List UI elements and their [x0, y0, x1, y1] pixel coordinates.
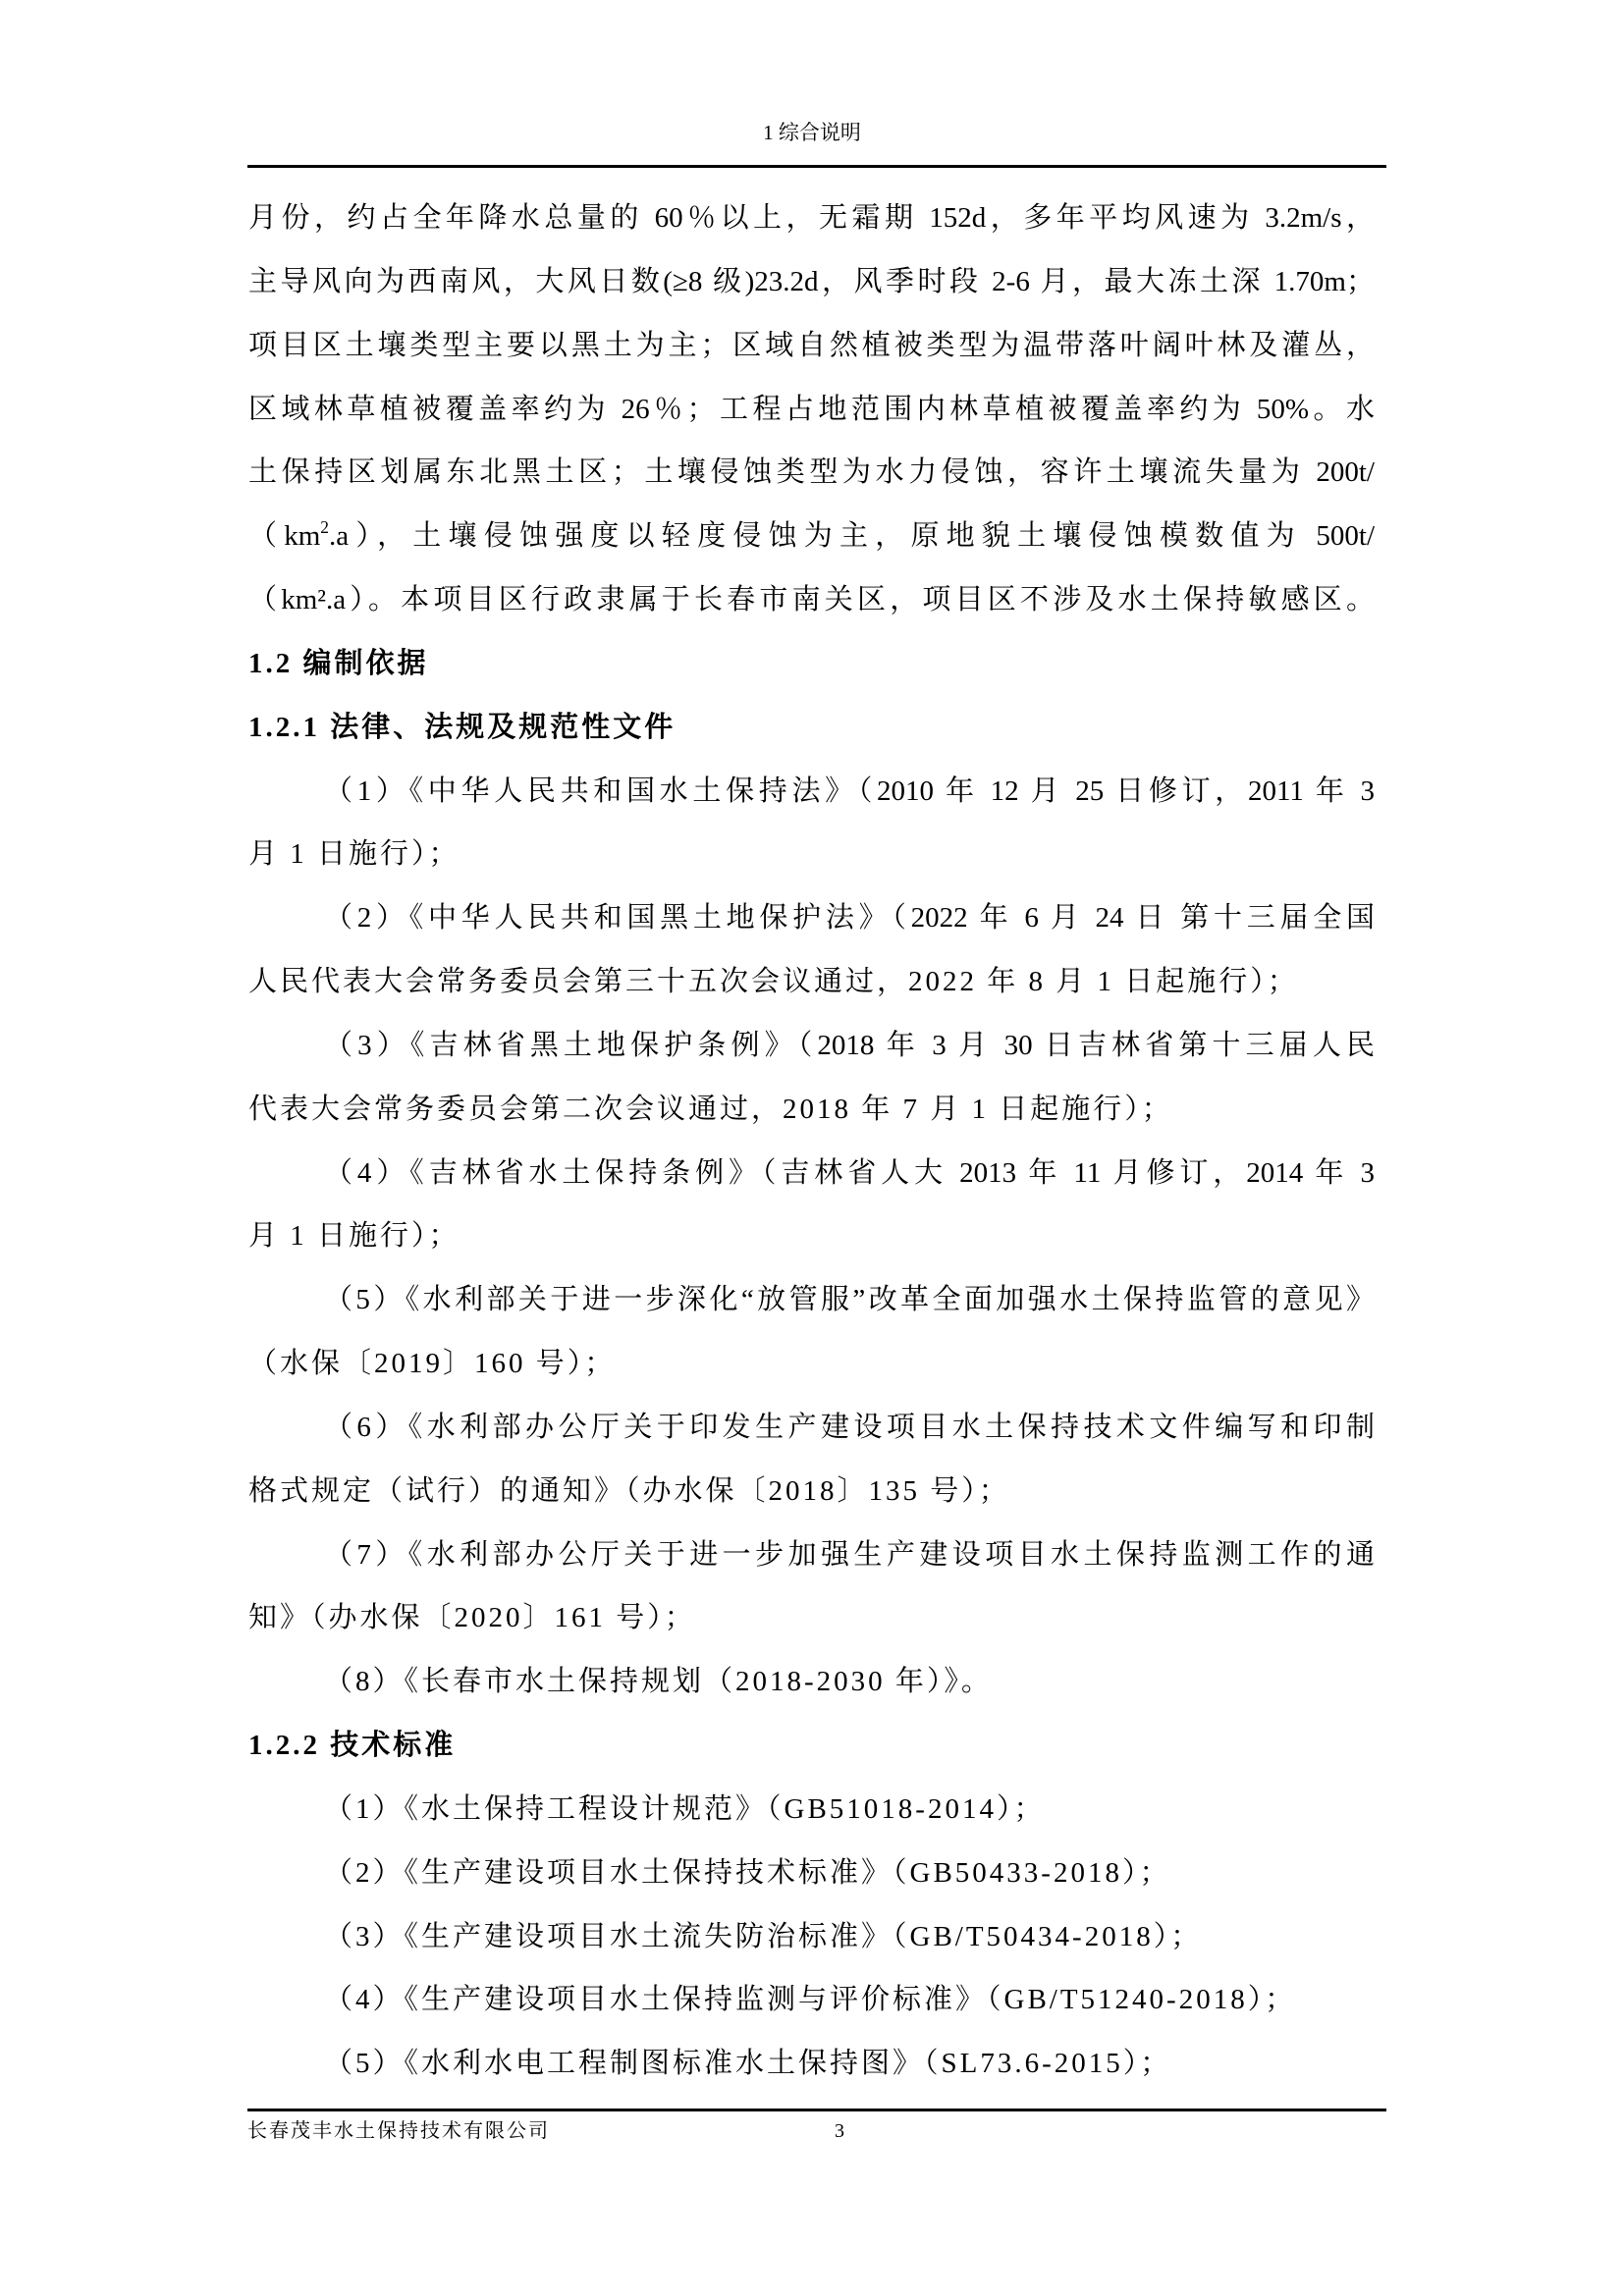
header-rule: [247, 165, 1386, 168]
law-item-7-line-1: （7）《水利部办公厅关于进一步加强生产建设项目水土保持监测工作的通: [248, 1535, 1375, 1575]
running-header-chapter-title: 1 综合说明: [0, 119, 1624, 146]
law-item-8: （8）《长春市水土保持规划（2018-2030 年）》。: [248, 1662, 1375, 1701]
paragraph-line: 区域林草植被覆盖率约为 26％；工程占地范围内林草植被覆盖率约为 50%。水: [248, 390, 1375, 429]
law-item-7-line-2: 知》（办水保〔2020〕161 号）；: [248, 1598, 1375, 1637]
standard-item-1: （1）《水土保持工程设计规范》（GB51018-2014）；: [248, 1789, 1375, 1829]
paragraph-line: 土保持区划属东北黑土区；土壤侵蚀类型为水力侵蚀，容许土壤流失量为 200t/: [248, 453, 1375, 492]
paragraph-line: （km².a）。本项目区行政隶属于长春市南关区，项目区不涉及水土保持敏感区。: [248, 580, 1375, 619]
law-item-2-line-1: （2）《中华人民共和国黑土地保护法》（2022 年 6 月 24 日 第十三届全…: [248, 898, 1375, 937]
law-item-3-line-2: 代表大会常务委员会第二次会议通过，2018 年 7 月 1 日起施行）；: [248, 1090, 1375, 1129]
paragraph-line: 月份，约占全年降水总量的 60％以上，无霜期 152d，多年平均风速为 3.2m…: [248, 198, 1375, 238]
footer-rule: [247, 2109, 1386, 2111]
unit-prefix: （km: [248, 520, 320, 552]
law-item-1-line-1: （1）《中华人民共和国水土保持法》（2010 年 12 月 25 日修订，201…: [248, 772, 1375, 811]
law-item-3-line-1: （3）《吉林省黑土地保护条例》（2018 年 3 月 30 日吉林省第十三届人民: [248, 1026, 1375, 1065]
law-item-4-line-2: 月 1 日施行）；: [248, 1216, 1375, 1255]
paragraph-line: 项目区土壤类型主要以黑土为主；区域自然植被类型为温带落叶阔叶林及灌丛，: [248, 326, 1375, 365]
section-heading-1-2: 1.2 编制依据: [248, 644, 1375, 683]
paragraph-line-with-superscript: （km2.a），土壤侵蚀强度以轻度侵蚀为主，原地貌土壤侵蚀模数值为 500t/: [248, 516, 1375, 556]
law-item-1-line-2: 月 1 日施行）；: [248, 834, 1375, 874]
section-heading-1-2-2: 1.2.2 技术标准: [248, 1726, 1375, 1765]
section-heading-1-2-1: 1.2.1 法律、法规及规范性文件: [248, 708, 1375, 747]
page-number: 3: [835, 2118, 844, 2144]
standard-item-2: （2）《生产建设项目水土保持技术标准》（GB50433-2018）；: [248, 1853, 1375, 1893]
law-item-6-line-2: 格式规定（试行）的通知》（办水保〔2018〕135 号）；: [248, 1471, 1375, 1511]
paragraph-line: 主导风向为西南风，大风日数(≥8 级)23.2d，风季时段 2-6 月，最大冻土…: [248, 262, 1375, 301]
unit-superscript: 2: [320, 517, 329, 537]
standard-item-5: （5）《水利水电工程制图标准水土保持图》（SL73.6-2015）；: [248, 2044, 1375, 2083]
law-item-4-line-1: （4）《吉林省水土保持条例》（吉林省人大 2013 年 11 月修订，2014 …: [248, 1153, 1375, 1193]
standard-item-3: （3）《生产建设项目水土流失防治标准》（GB/T50434-2018）；: [248, 1917, 1375, 1956]
law-item-5-line-2: （水保〔2019〕160 号）；: [248, 1344, 1375, 1383]
standard-item-4: （4）《生产建设项目水土保持监测与评价标准》（GB/T51240-2018）；: [248, 1980, 1375, 2019]
footer-company-name: 长春茂丰水土保持技术有限公司: [247, 2118, 550, 2144]
law-item-2-line-2: 人民代表大会常务委员会第三十五次会议通过，2022 年 8 月 1 日起施行）；: [248, 962, 1375, 1001]
unit-suffix: .a），土壤侵蚀强度以轻度侵蚀为主，原地貌土壤侵蚀模数值为 500t/: [329, 520, 1375, 552]
law-item-5-line-1: （5）《水利部关于进一步深化“放管服”改革全面加强水土保持监管的意见》: [248, 1280, 1375, 1319]
law-item-6-line-1: （6）《水利部办公厅关于印发生产建设项目水土保持技术文件编写和印制: [248, 1408, 1375, 1447]
